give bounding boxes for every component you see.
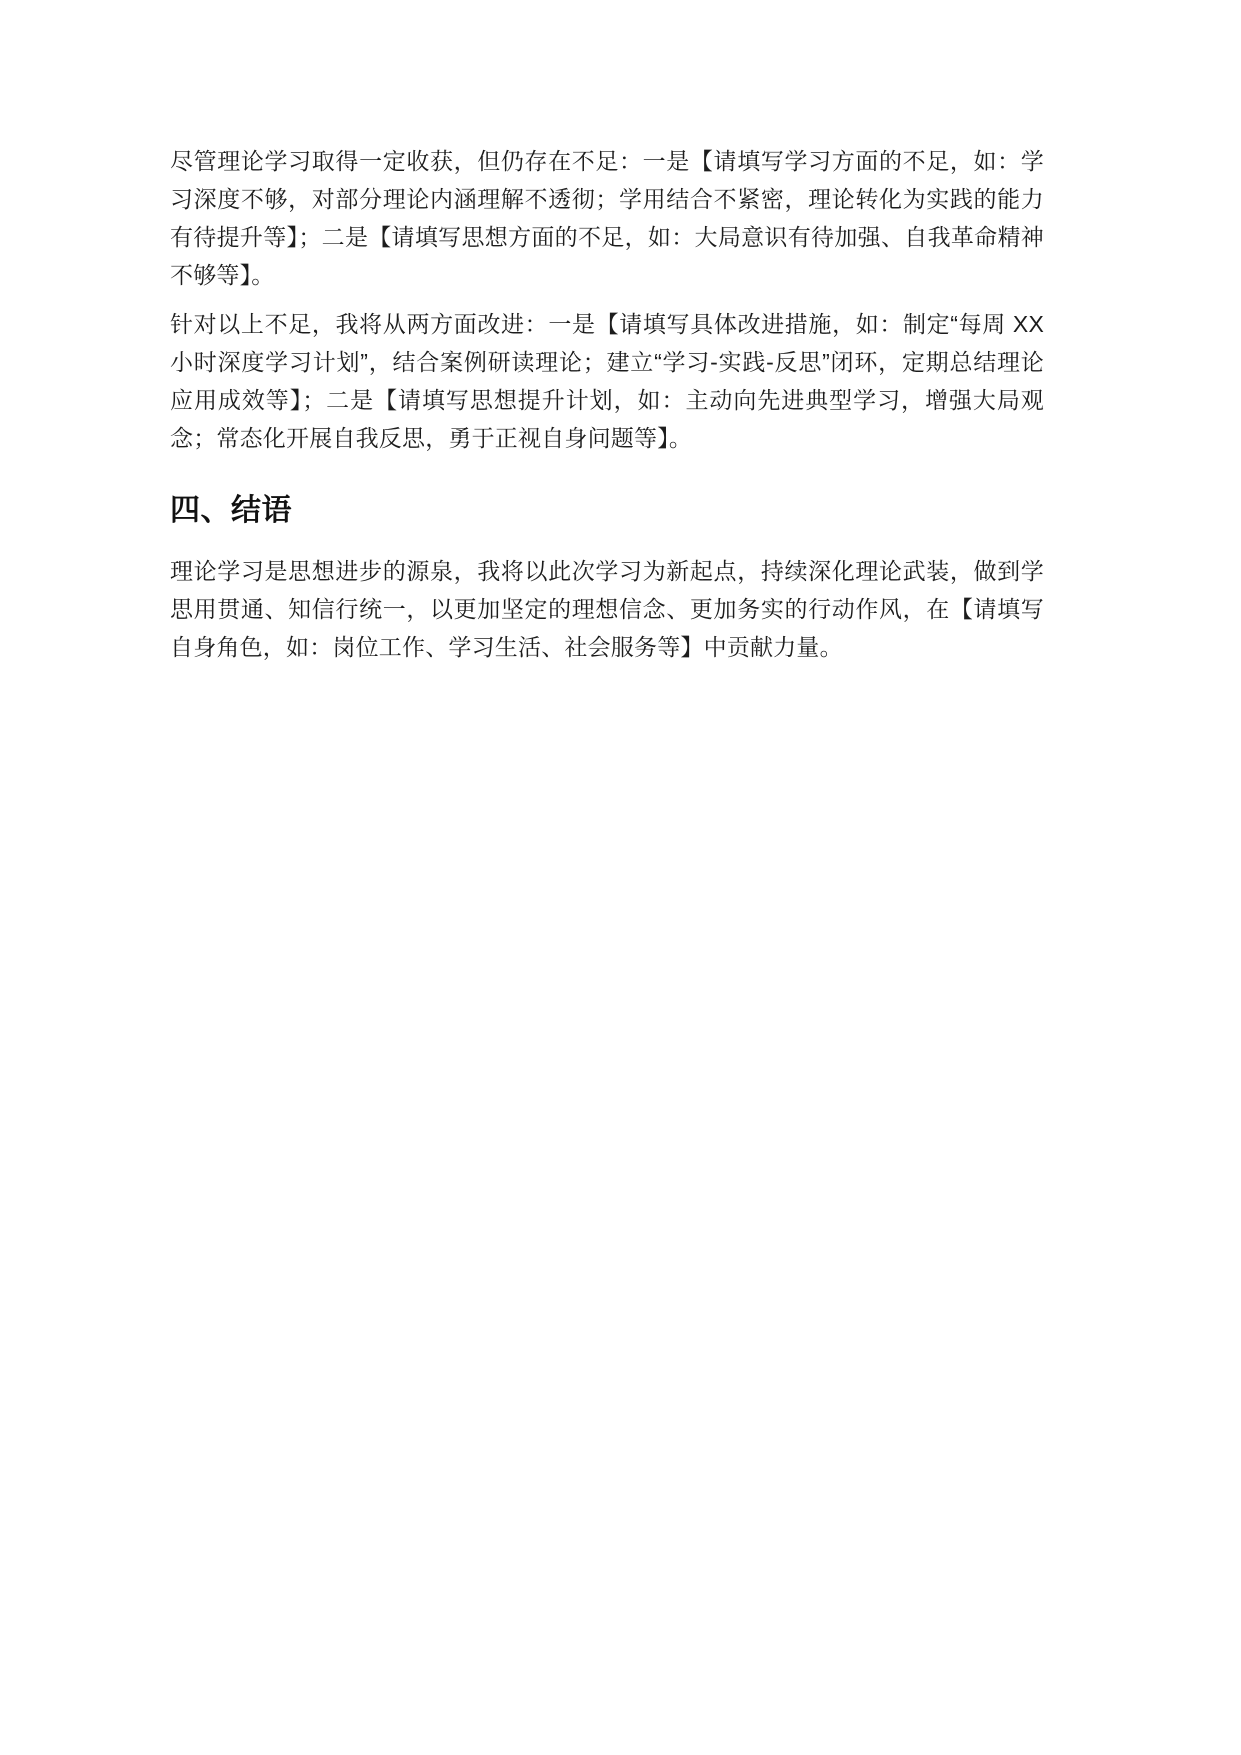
document-page: 尽管理论学习取得一定收获，但仍存在不足：一是【请填写学习方面的不足，如：学习深度… xyxy=(0,0,1241,1755)
paragraph-shortcomings: 尽管理论学习取得一定收获，但仍存在不足：一是【请填写学习方面的不足，如：学习深度… xyxy=(170,142,1044,294)
paragraph-improvements: 针对以上不足，我将从两方面改进：一是【请填写具体改进措施，如：制定“每周 XX … xyxy=(170,305,1044,457)
section-heading-conclusion: 四、结语 xyxy=(170,492,1044,530)
paragraph-conclusion: 理论学习是思想进步的源泉，我将以此次学习为新起点，持续深化理论武装，做到学思用贯… xyxy=(170,552,1044,666)
document-content: 尽管理论学习取得一定收获，但仍存在不足：一是【请填写学习方面的不足，如：学习深度… xyxy=(170,142,1044,677)
